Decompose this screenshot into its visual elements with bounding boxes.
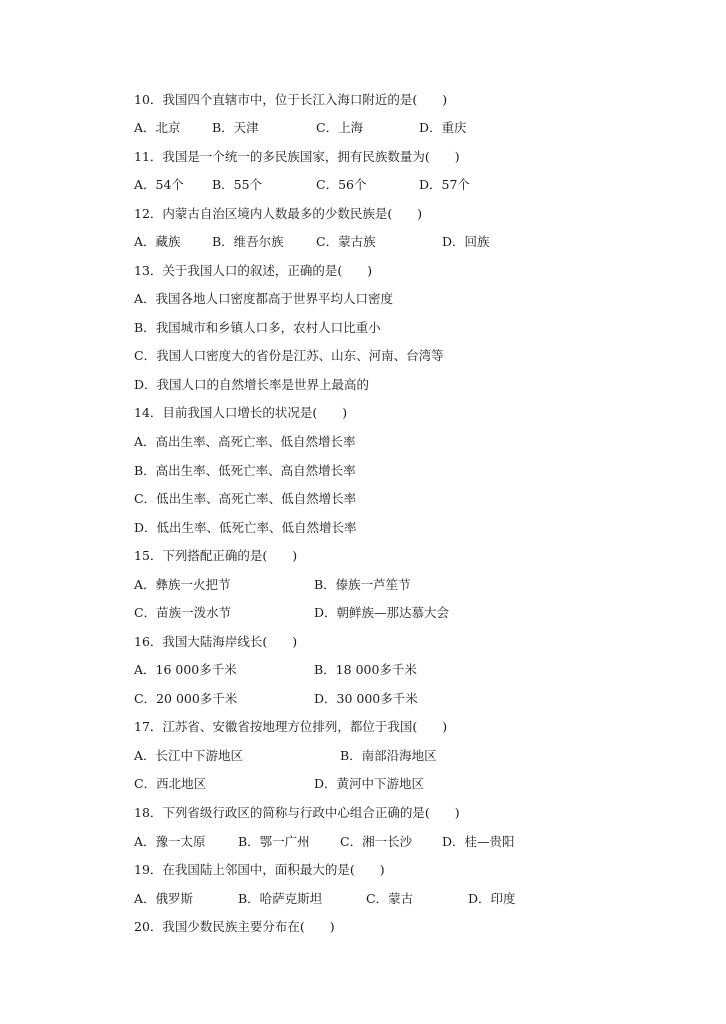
option-d: D．重庆 bbox=[419, 118, 467, 138]
option-c: C．蒙古族 bbox=[316, 232, 376, 252]
option-b: B．哈萨克斯坦 bbox=[238, 889, 322, 909]
question-16-options-row1: A．16 000多千米 B．18 000多千米 bbox=[134, 660, 594, 680]
question-15-options-row1: A．彝族一火把节 B．傣族一芦笙节 bbox=[134, 575, 594, 595]
option-b: B．傣族一芦笙节 bbox=[314, 575, 411, 595]
option-d: D．黄河中下游地区 bbox=[314, 774, 424, 794]
option-b: B．18 000多千米 bbox=[314, 660, 417, 680]
option-a: A．豫一太原 bbox=[134, 832, 206, 852]
option-d: D．回族 bbox=[442, 232, 490, 252]
option-b: B．鄂一广州 bbox=[238, 832, 310, 852]
option-a: A．俄罗斯 bbox=[134, 889, 193, 909]
question-16-stem: 16．我国大陆海岸线长( ) bbox=[134, 632, 297, 652]
question-14-option-d: D．低出生率、低死亡率、低自然增长率 bbox=[134, 518, 357, 538]
option-d: D．57个 bbox=[419, 175, 470, 195]
option-c: C．56个 bbox=[316, 175, 366, 195]
document-page: 10．我国四个直辖市中，位于长江入海口附近的是( ) A．北京 B．天津 C．上… bbox=[0, 0, 726, 1024]
question-12-options: A．藏族 B．维吾尔族 C．蒙古族 D．回族 bbox=[134, 232, 594, 252]
option-b: B．55个 bbox=[212, 175, 262, 195]
option-a: A．藏族 bbox=[134, 232, 181, 252]
option-b: B．天津 bbox=[212, 118, 259, 138]
option-a: A．彝族一火把节 bbox=[134, 575, 231, 595]
option-a: A．北京 bbox=[134, 118, 181, 138]
question-13-option-b: B．我国城市和乡镇人口多，农村人口比重小 bbox=[134, 318, 381, 338]
question-15-stem: 15．下列搭配正确的是( ) bbox=[134, 546, 297, 566]
option-c: C．蒙古 bbox=[366, 889, 413, 909]
question-13-option-d: D．我国人口的自然增长率是世界上最高的 bbox=[134, 375, 369, 395]
option-a: A．长江中下游地区 bbox=[134, 746, 243, 766]
question-13-stem: 13．关于我国人口的叙述，正确的是( ) bbox=[134, 261, 372, 281]
question-11-stem: 11．我国是一个统一的多民族国家，拥有民族数量为( ) bbox=[134, 147, 460, 167]
option-b: B．南部沿海地区 bbox=[340, 746, 437, 766]
question-11-options: A．54个 B．55个 C．56个 D．57个 bbox=[134, 175, 594, 195]
question-10-stem: 10．我国四个直辖市中，位于长江入海口附近的是( ) bbox=[134, 90, 447, 110]
question-18-options: A．豫一太原 B．鄂一广州 C．湘一长沙 D．桂—贵阳 bbox=[134, 832, 594, 852]
question-20-stem: 20．我国少数民族主要分布在( ) bbox=[134, 917, 335, 937]
question-15-options-row2: C．苗族一泼水节 D．朝鲜族—那达慕大会 bbox=[134, 603, 594, 623]
question-17-options-row1: A．长江中下游地区 B．南部沿海地区 bbox=[134, 746, 594, 766]
question-14-option-c: C．低出生率、高死亡率、低自然增长率 bbox=[134, 489, 356, 509]
question-19-options: A．俄罗斯 B．哈萨克斯坦 C．蒙古 D．印度 bbox=[134, 889, 594, 909]
question-13-option-a: A．我国各地人口密度都高于世界平均人口密度 bbox=[134, 289, 393, 309]
question-19-stem: 19．在我国陆上邻国中，面积最大的是( ) bbox=[134, 860, 385, 880]
question-14-option-b: B．高出生率、低死亡率、高自然增长率 bbox=[134, 461, 356, 481]
option-c: C．苗族一泼水节 bbox=[134, 603, 231, 623]
option-d: D．30 000多千米 bbox=[314, 689, 418, 709]
question-14-option-a: A．高出生率、高死亡率、低自然增长率 bbox=[134, 432, 356, 452]
option-c: C．上海 bbox=[316, 118, 363, 138]
question-16-options-row2: C．20 000多千米 D．30 000多千米 bbox=[134, 689, 594, 709]
question-17-options-row2: C．西北地区 D．黄河中下游地区 bbox=[134, 774, 594, 794]
option-c: C．湘一长沙 bbox=[340, 832, 412, 852]
question-18-stem: 18．下列省级行政区的简称与行政中心组合正确的是( ) bbox=[134, 803, 460, 823]
question-17-stem: 17．江苏省、安徽省按地理方位排列，都位于我国( ) bbox=[134, 717, 447, 737]
question-12-stem: 12．内蒙古自治区境内人数最多的少数民族是( ) bbox=[134, 204, 422, 224]
option-a: A．16 000多千米 bbox=[134, 660, 237, 680]
option-c: C．西北地区 bbox=[134, 774, 206, 794]
question-14-stem: 14．目前我国人口增长的状况是( ) bbox=[134, 403, 347, 423]
option-c: C．20 000多千米 bbox=[134, 689, 237, 709]
option-d: D．印度 bbox=[468, 889, 516, 909]
option-d: D．朝鲜族—那达慕大会 bbox=[314, 603, 449, 623]
option-a: A．54个 bbox=[134, 175, 184, 195]
question-10-options: A．北京 B．天津 C．上海 D．重庆 bbox=[134, 118, 594, 138]
option-b: B．维吾尔族 bbox=[212, 232, 284, 252]
question-13-option-c: C．我国人口密度大的省份是江苏、山东、河南、台湾等 bbox=[134, 346, 444, 366]
option-d: D．桂—贵阳 bbox=[442, 832, 515, 852]
